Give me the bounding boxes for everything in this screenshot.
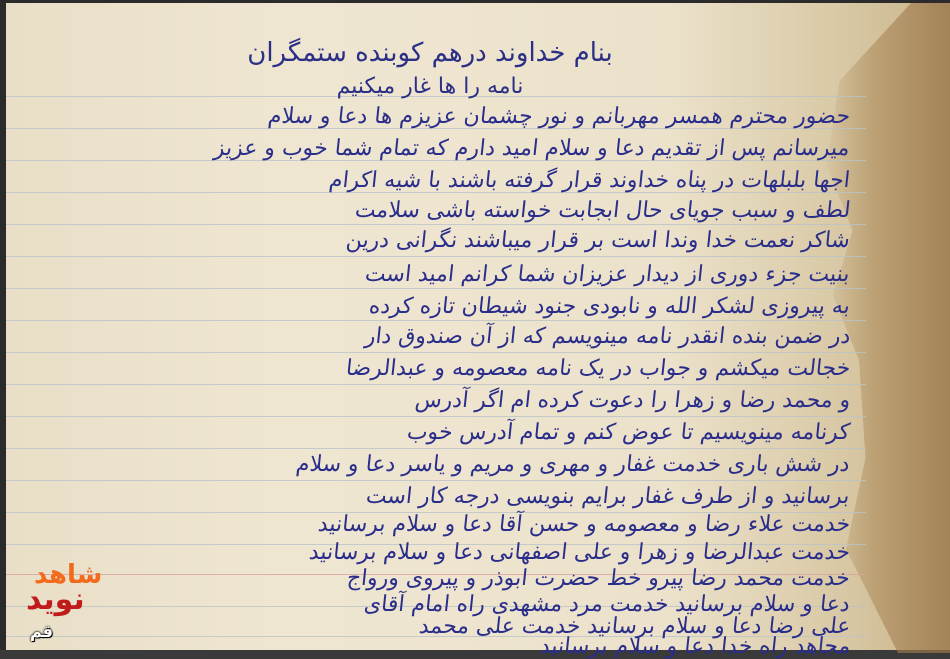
letter-line: به پیروزی لشکر الله و نابودی جنود شیطان … (368, 294, 852, 319)
letter-line: در شش باری خدمت غفار و مهری و مریم و یاس… (295, 452, 851, 477)
ruled-line (6, 224, 866, 225)
logo-brand-main: نوید (26, 582, 85, 617)
watermark-logo: شاهد نوید قم (22, 560, 122, 650)
letter-line: خدمت عبدالرضا و زهرا و علی اصفهانی دعا و… (308, 540, 852, 565)
letter-line: میرسانم پس از تقدیم دعا و سلام امید دارم… (213, 136, 851, 161)
ruled-line (6, 480, 866, 481)
logo-city: قم (30, 622, 53, 641)
letter-subheading: نامه را ها غار میکنیم (0, 74, 860, 99)
ruled-line (6, 416, 866, 417)
letter-line: کرنامه مینویسیم تا عوض کنم و تمام آدرس خ… (406, 420, 852, 445)
ruled-line (6, 288, 866, 289)
letter-line: حضور محترم همسر مهربانم و نور چشمان عزیز… (267, 104, 852, 129)
letter-line: خجالت میکشم و جواب در یک نامه معصومه و ع… (344, 356, 851, 381)
letter-line: بنیت جزء دوری از دیدار عزیزان شما کرانم … (364, 262, 851, 287)
ruled-line (6, 256, 866, 257)
letter-line: لطف و سبب جویای حال ابجابت خواسته باشی س… (353, 198, 851, 223)
letter-line: برسانید و از طرف غفار برایم بنویسی درجه … (365, 484, 851, 509)
letter-line: مجاهد راه خدا دعا و سلام برسانید (538, 634, 851, 650)
letter-line: خدمت علاء رضا و معصومه و حسن آقا دعا و س… (316, 512, 851, 537)
letter-line: شاکر نعمت خدا وندا است بر قرار میباشند ن… (345, 228, 852, 253)
ruled-line (6, 384, 866, 385)
ruled-line (6, 352, 866, 353)
letter-line: و محمد رضا و زهرا را دعوت کرده ام اگر آد… (413, 388, 851, 413)
image-frame: بنام خداوند درهم کوبنده ستمگران نامه را … (0, 0, 950, 650)
ruled-line (6, 448, 866, 449)
letter-line: خدمت محمد رضا پیرو خط حضرت ابوذر و پیروی… (346, 566, 851, 591)
letter-line: اجها بلبلهات در پناه خداوند قرار گرفته ب… (328, 168, 852, 193)
letter-line: در ضمن بنده انقدر نامه مینویسم که از آن … (363, 324, 851, 349)
ruled-line (6, 320, 866, 321)
letter-heading: بنام خداوند درهم کوبنده ستمگران (0, 38, 860, 68)
